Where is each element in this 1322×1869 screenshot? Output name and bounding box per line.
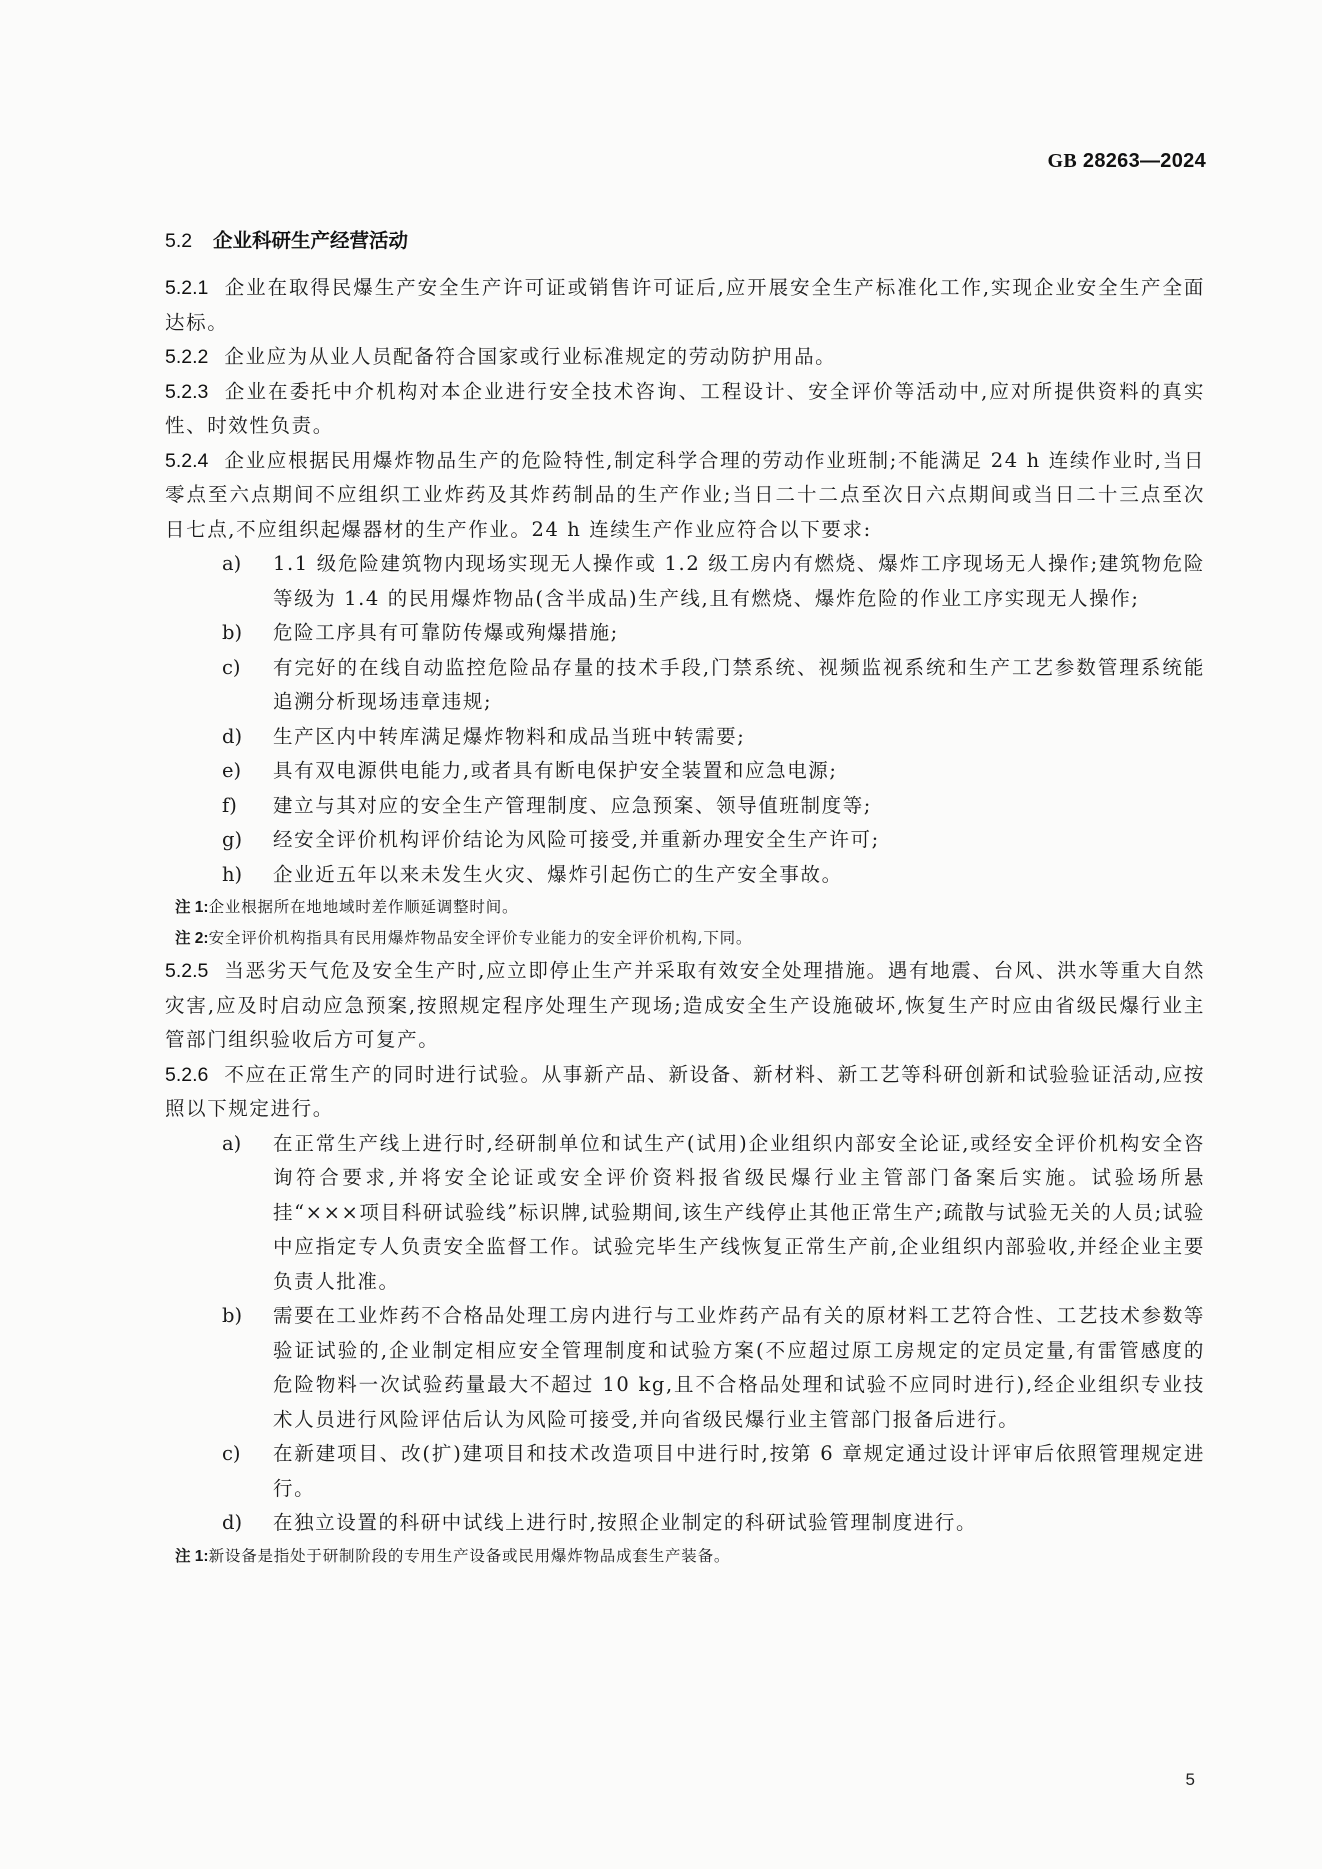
clause-text: 企业应为从业人员配备符合国家或行业标准规定的劳动防护用品。 <box>224 345 836 368</box>
standard-prefix: GB <box>1048 150 1078 172</box>
list-item-text: 在正常生产线上进行时,经研制单位和试生产(试用)企业组织内部安全论证,或经安全评… <box>273 1132 1205 1293</box>
clause-number: 5.2.6 <box>165 1064 208 1086</box>
clause-number: 5.2.3 <box>165 381 208 403</box>
list-item-text: 生产区内中转库满足爆炸物料和成品当班中转需要; <box>273 725 745 748</box>
clause-text: 企业在委托中介机构对本企业进行安全技术咨询、工程设计、安全评价等活动中,应对所提… <box>165 380 1205 438</box>
list-item: f)建立与其对应的安全生产管理制度、应急预案、领导值班制度等; <box>165 789 1205 824</box>
list-item-text: 经安全评价机构评价结论为风险可接受,并重新办理安全生产许可; <box>273 828 880 851</box>
note-label: 注 2: <box>175 930 209 947</box>
list-item-text: 建立与其对应的安全生产管理制度、应急预案、领导值班制度等; <box>273 794 872 817</box>
list-item: d)在独立设置的科研中试线上进行时,按照企业制定的科研试验管理制度进行。 <box>165 1506 1205 1541</box>
clause-text: 企业应根据民用爆炸物品生产的危险特性,制定科学合理的劳动作业班制;不能满足 24… <box>165 449 1205 541</box>
list-marker: g) <box>222 823 242 858</box>
document-page: GB 28263—2024 5.2企业科研生产经营活动 5.2.1企业在取得民爆… <box>0 0 1322 1869</box>
page-number: 5 <box>1186 1770 1195 1790</box>
section-number: 5.2 <box>165 223 213 259</box>
list-item: h)企业近五年以来未发生火灾、爆炸引起伤亡的生产安全事故。 <box>165 858 1205 893</box>
list-marker: d) <box>222 720 242 755</box>
list-marker: d) <box>222 1506 242 1541</box>
list-marker: h) <box>222 858 242 893</box>
list-item: b)需要在工业炸药不合格品处理工房内进行与工业炸药产品有关的原材料工艺符合性、工… <box>165 1299 1205 1437</box>
document-body: 5.2企业科研生产经营活动 5.2.1企业在取得民爆生产安全生产许可证或销售许可… <box>165 223 1205 1572</box>
clause-5-2-6: 5.2.6不应在正常生产的同时进行试验。从事新产品、新设备、新材料、新工艺等科研… <box>165 1058 1205 1127</box>
list-marker: b) <box>222 1299 242 1334</box>
clause-number: 5.2.4 <box>165 450 208 472</box>
list-item-text: 企业近五年以来未发生火灾、爆炸引起伤亡的生产安全事故。 <box>273 863 843 886</box>
note-1: 注 1:企业根据所在地地域时差作顺延调整时间。 <box>165 892 1205 923</box>
list-item: d)生产区内中转库满足爆炸物料和成品当班中转需要; <box>165 720 1205 755</box>
clause-text: 企业在取得民爆生产安全生产许可证或销售许可证后,应开展安全生产标准化工作,实现企… <box>165 276 1205 334</box>
list-item: b)危险工序具有可靠防传爆或殉爆措施; <box>165 616 1205 651</box>
list-item-text: 需要在工业炸药不合格品处理工房内进行与工业炸药产品有关的原材料工艺符合性、工艺技… <box>273 1304 1205 1431</box>
clause-5-2-4: 5.2.4企业应根据民用爆炸物品生产的危险特性,制定科学合理的劳动作业班制;不能… <box>165 444 1205 548</box>
list-item: a)1.1 级危险建筑物内现场实现无人操作或 1.2 级工房内有燃烧、爆炸工序现… <box>165 547 1205 616</box>
note-2: 注 2:安全评价机构指具有民用爆炸物品安全评价专业能力的安全评价机构,下同。 <box>165 923 1205 954</box>
clause-number: 5.2.1 <box>165 277 208 299</box>
section-title: 企业科研生产经营活动 <box>213 230 408 252</box>
standard-number: 28263—2024 <box>1083 150 1206 172</box>
list-item-text: 在新建项目、改(扩)建项目和技术改造项目中进行时,按第 6 章规定通过设计评审后… <box>273 1442 1205 1500</box>
list-item-text: 1.1 级危险建筑物内现场实现无人操作或 1.2 级工房内有燃烧、爆炸工序现场无… <box>273 552 1205 610</box>
clause-5-2-3: 5.2.3企业在委托中介机构对本企业进行安全技术咨询、工程设计、安全评价等活动中… <box>165 375 1205 444</box>
list-marker: e) <box>222 754 241 789</box>
list-item-text: 具有双电源供电能力,或者具有断电保护安全装置和应急电源; <box>273 759 838 782</box>
list-item: g)经安全评价机构评价结论为风险可接受,并重新办理安全生产许可; <box>165 823 1205 858</box>
list-marker: a) <box>222 1127 241 1162</box>
list-marker: f) <box>222 789 237 824</box>
note-text: 企业根据所在地地域时差作顺延调整时间。 <box>209 898 519 916</box>
requirement-list-5-2-4: a)1.1 级危险建筑物内现场实现无人操作或 1.2 级工房内有燃烧、爆炸工序现… <box>165 547 1205 892</box>
note-text: 安全评价机构指具有民用爆炸物品安全评价专业能力的安全评价机构,下同。 <box>209 929 753 947</box>
list-item-text: 有完好的在线自动监控危险品存量的技术手段,门禁系统、视频监视系统和生产工艺参数管… <box>273 656 1205 714</box>
requirement-list-5-2-6: a)在正常生产线上进行时,经研制单位和试生产(试用)企业组织内部安全论证,或经安… <box>165 1127 1205 1541</box>
clause-5-2-1: 5.2.1企业在取得民爆生产安全生产许可证或销售许可证后,应开展安全生产标准化工… <box>165 271 1205 340</box>
list-marker: c) <box>222 651 241 686</box>
clause-5-2-5: 5.2.5当恶劣天气危及安全生产时,应立即停止生产并采取有效安全处理措施。遇有地… <box>165 954 1205 1058</box>
section-heading: 5.2企业科研生产经营活动 <box>165 223 1205 259</box>
note-1: 注 1:新设备是指处于研制阶段的专用生产设备或民用爆炸物品成套生产装备。 <box>165 1541 1205 1572</box>
note-text: 新设备是指处于研制阶段的专用生产设备或民用爆炸物品成套生产装备。 <box>209 1547 731 1565</box>
note-label: 注 1: <box>175 899 209 916</box>
list-item: c)在新建项目、改(扩)建项目和技术改造项目中进行时,按第 6 章规定通过设计评… <box>165 1437 1205 1506</box>
clause-5-2-2: 5.2.2企业应为从业人员配备符合国家或行业标准规定的劳动防护用品。 <box>165 340 1205 375</box>
standard-code: GB 28263—2024 <box>1048 150 1206 173</box>
list-marker: c) <box>222 1437 241 1472</box>
clause-text: 当恶劣天气危及安全生产时,应立即停止生产并采取有效安全处理措施。遇有地震、台风、… <box>165 959 1205 1051</box>
list-item-text: 在独立设置的科研中试线上进行时,按照企业制定的科研试验管理制度进行。 <box>273 1511 977 1534</box>
clause-number: 5.2.2 <box>165 346 208 368</box>
list-item: a)在正常生产线上进行时,经研制单位和试生产(试用)企业组织内部安全论证,或经安… <box>165 1127 1205 1300</box>
note-label: 注 1: <box>175 1548 209 1565</box>
list-marker: a) <box>222 547 241 582</box>
list-item: c)有完好的在线自动监控危险品存量的技术手段,门禁系统、视频监视系统和生产工艺参… <box>165 651 1205 720</box>
clause-number: 5.2.5 <box>165 960 208 982</box>
list-marker: b) <box>222 616 242 651</box>
list-item-text: 危险工序具有可靠防传爆或殉爆措施; <box>273 621 619 644</box>
list-item: e)具有双电源供电能力,或者具有断电保护安全装置和应急电源; <box>165 754 1205 789</box>
clause-text: 不应在正常生产的同时进行试验。从事新产品、新设备、新材料、新工艺等科研创新和试验… <box>165 1063 1205 1121</box>
